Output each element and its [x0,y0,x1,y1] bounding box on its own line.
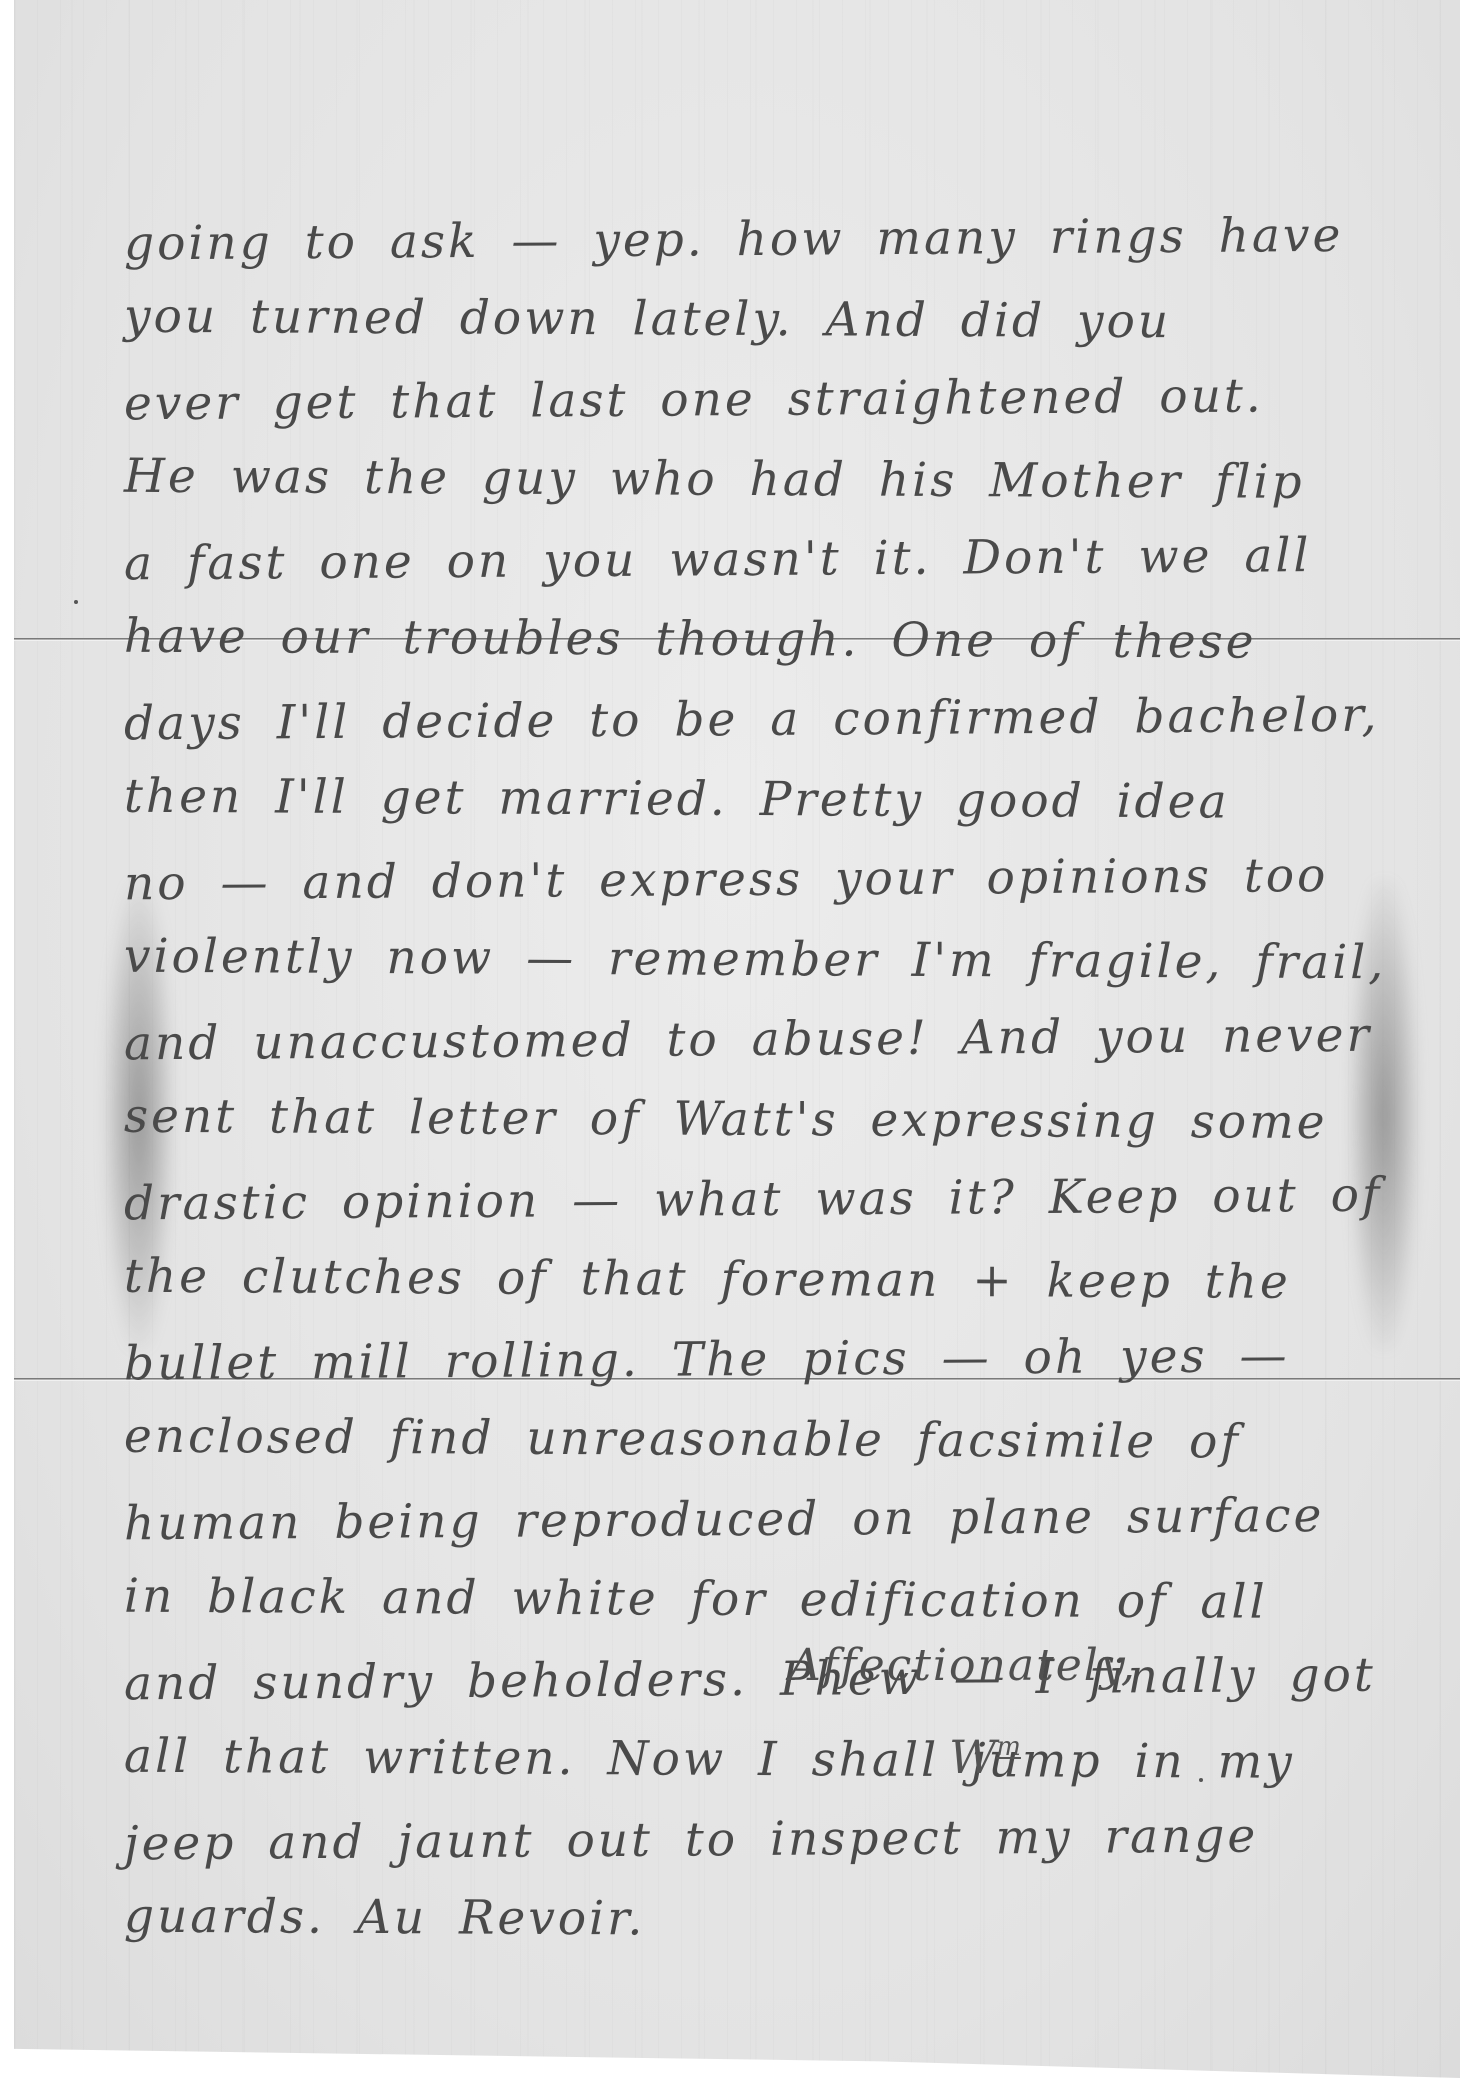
letter-line: violently now — remember I'm fragile, fr… [124,917,1384,1004]
letter-page: going to ask — yep. how many rings have … [14,0,1460,2078]
letter-line: bullet mill rolling. The pics — oh yes — [124,1316,1385,1405]
ink-speck [74,600,78,604]
letter-line: human being reproduced on plane surface [124,1476,1385,1565]
letter-line: a fast one on you wasn't it. Don't we al… [124,516,1385,605]
letter-line: guards. Au Revoir. [124,1877,1384,1964]
letter-line: in black and white for edification of al… [124,1557,1384,1644]
letter-line: drastic opinion — what was it? Keep out … [124,1156,1385,1245]
letter-line: have our troubles though. One of these [124,597,1384,684]
letter-line: sent that letter of Watt's expressing so… [124,1077,1384,1164]
letter-signature: Wm [949,1730,1021,1784]
letter-line: going to ask — yep. how many rings have [124,196,1385,285]
letter-line: and sundry beholders. Phew — I finally g… [124,1636,1385,1725]
letter-line: no — and don't express your opinions too [124,836,1385,925]
letter-line: and unaccustomed to abuse! And you never [124,996,1385,1085]
letter-body: going to ask — yep. how many rings have … [124,200,1384,1960]
letter-closing: Affectionately, [789,1640,1137,1691]
letter-line: enclosed find unreasonable facsimile of [124,1397,1384,1484]
signature-initial: W [949,1730,996,1784]
letter-line: all that written. Now I shall jump in my [124,1717,1384,1804]
letter-line: you turned down lately. And did you [124,277,1384,364]
letter-line: then I'll get married. Pretty good idea [124,757,1384,844]
letter-line: days I'll decide to be a confirmed bache… [124,676,1385,765]
signature-superscript: m [996,1732,1021,1762]
letter-line: the clutches of that foreman + keep the [124,1237,1384,1324]
letter-line: jeep and jaunt out to inspect my range [124,1796,1385,1885]
letter-line: ever get that last one straightened out. [124,356,1385,445]
letter-line: He was the guy who had his Mother flip [124,437,1384,524]
ink-speck [1199,1778,1203,1782]
